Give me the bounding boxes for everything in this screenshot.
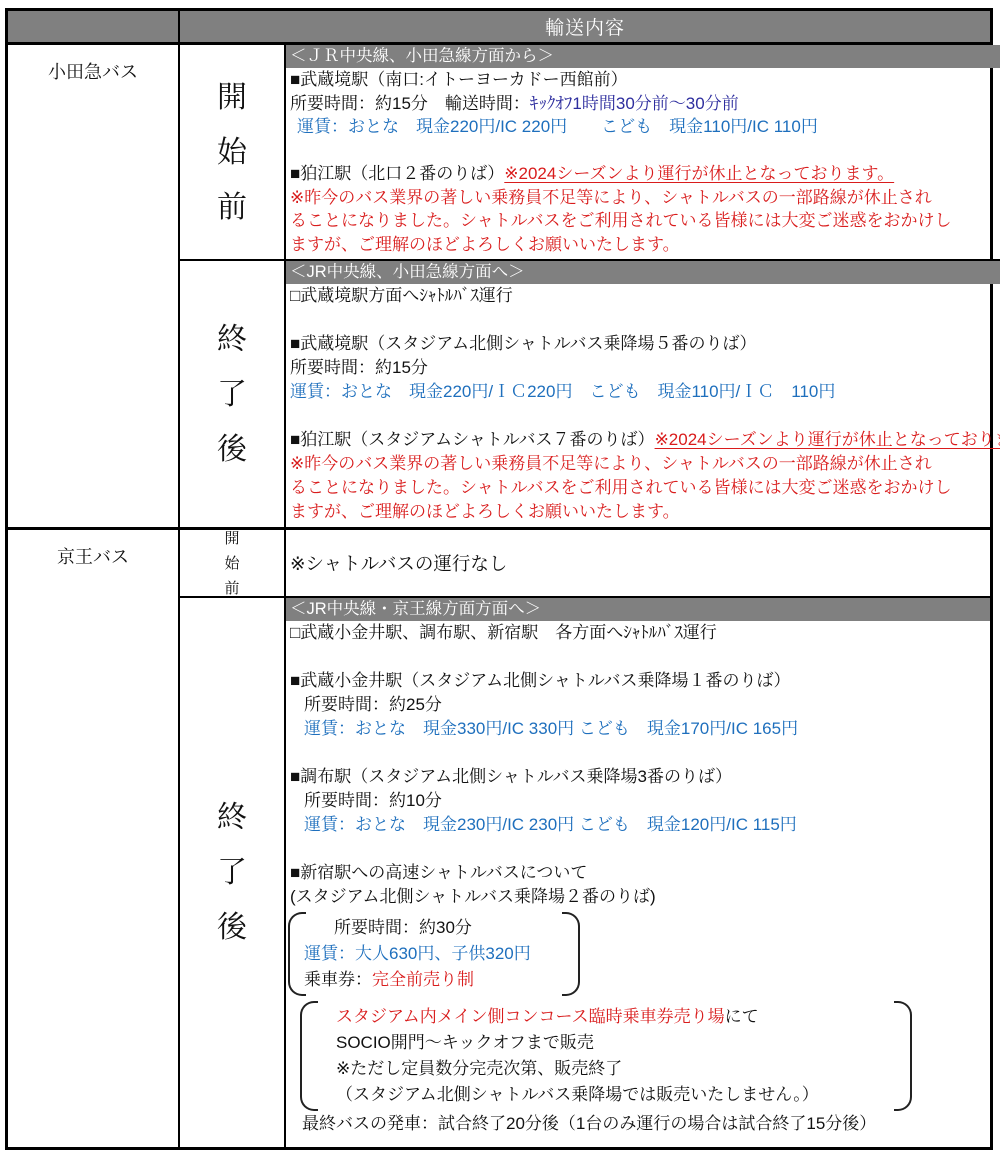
bracket-box-shinjuku-fare: 所要時間：約30分運賃：大人630円、子供320円乗車券：完全前売り制	[288, 912, 580, 996]
text-line: ■武蔵小金井駅（スタジアム北側シャトルバス乗降場１番のりば）	[286, 669, 990, 693]
phase-label-cell: 終了後	[180, 261, 286, 527]
text-line: 所要時間：約25分	[286, 693, 990, 717]
text-line	[286, 645, 990, 669]
text-segment: ■新宿駅への高速シャトルバスについて	[290, 863, 587, 882]
content-lines: □武蔵境駅方面へｼｬﾄﾙﾊﾞｽ運行 ■武蔵境駅（スタジアム北側シャトルバス乗降場…	[286, 284, 1000, 524]
company-cell-keio: 京王バス	[8, 530, 180, 1147]
phase-label-after: 終了後	[216, 790, 248, 955]
text-segment: 所要時間：約15分	[290, 358, 428, 377]
text-segment: ■調布駅（スタジアム北側シャトルバス乗降場3番のりば）	[290, 767, 732, 786]
section-header-to-chuo-keio: ＜JR中央線・京王線方面方面へ＞	[286, 598, 990, 621]
text-segment: 運賃：おとな 現金220円/IC 220円 こども 現金110円/IC 110円	[297, 117, 818, 136]
text-segment: 所要時間：約15分 輸送時間：	[290, 94, 530, 113]
text-line: ■新宿駅への高速シャトルバスについて	[286, 861, 990, 885]
text-segment: （スタジアム北側シャトルバス乗降場では販売いたしません。）	[336, 1085, 819, 1104]
text-segment: 運賃：大人630円、子供320円	[304, 944, 531, 963]
text-segment: ■武蔵小金井駅（スタジアム北側シャトルバス乗降場１番のりば）	[290, 671, 791, 690]
section-header-from-chuo-odakyu: ＜ＪＲ中央線、小田急線方面から＞	[286, 45, 1000, 68]
text-line: 運賃：おとな 現金220円/ＩＣ220円 こども 現金110円/ＩＣ 110円	[286, 380, 1000, 404]
bracket-box-ticket-sales: スタジアム内メイン側コンコース臨時乗車券売り場にてSOCIO開門～キックオフまで…	[300, 1001, 912, 1111]
phase-label-cell: 終了後	[180, 598, 286, 1147]
company-row-odakyu: 小田急バス 開始前 ＜ＪＲ中央線、小田急線方面から＞ ■武蔵境駅（南口:イトーヨ…	[8, 45, 990, 530]
header-empty-cell	[8, 11, 180, 42]
transport-table: 輸送内容 小田急バス 開始前 ＜ＪＲ中央線、小田急線方面から＞ ■武蔵境駅（南口…	[5, 8, 993, 1150]
text-line: (スタジアム北側シャトルバス乗降場２番のりば)	[286, 885, 990, 909]
text-line: ることになりました。シャトルバスをご利用されている皆様には大変ご迷惑をおかけし	[286, 476, 1000, 500]
content-cell-odakyu-after: ＜JR中央線、小田急線方面へ＞ □武蔵境駅方面へｼｬﾄﾙﾊﾞｽ運行 ■武蔵境駅（…	[286, 261, 1000, 527]
text-segment: (スタジアム北側シャトルバス乗降場２番のりば)	[290, 887, 656, 906]
table-title: 輸送内容	[180, 11, 990, 42]
phase-label-before: 開始前	[216, 70, 248, 235]
text-segment: ■狛江駅（北口２番のりば）	[290, 164, 504, 183]
text-line	[286, 139, 1000, 163]
text-segment: ることになりました。シャトルバスをご利用されている皆様には大変ご迷惑をおかけし	[290, 211, 951, 230]
text-line: ※昨今のバス業界の著しい乗務員不足等により、シャトルバスの一部路線が休止され	[286, 186, 1000, 210]
table-header-row: 輸送内容	[8, 11, 990, 45]
phase-label-after: 終了後	[216, 312, 248, 477]
text-segment: ｷｯｸｵﾌ1時間30分前～30分前	[530, 94, 739, 113]
content-lines: ※シャトルバスの運行なし	[286, 550, 507, 576]
phase-label-cell: 開始前	[180, 45, 286, 259]
text-line: SOCIO開門～キックオフまで販売	[300, 1030, 912, 1056]
text-line: 所要時間：約10分	[286, 789, 990, 813]
text-line: 運賃：おとな 現金220円/IC 220円 こども 現金110円/IC 110円	[286, 115, 1000, 139]
text-line: ■狛江駅（スタジアムシャトルバス７番のりば）※2024シーズンより運行が休止とな…	[286, 428, 1000, 452]
text-line: ※シャトルバスの運行なし	[286, 550, 507, 576]
content-cell-keio-before: ※シャトルバスの運行なし	[286, 530, 990, 596]
text-segment: 運賃：おとな 現金230円/IC 230円 こども 現金120円/IC 115円	[304, 815, 797, 834]
company-name-keio: 京王バス	[8, 530, 178, 569]
text-segment: 所要時間：約25分	[304, 695, 442, 714]
text-segment: 運賃：おとな 現金330円/IC 330円 こども 現金170円/IC 165円	[304, 719, 798, 738]
content-lines: □武蔵小金井駅、調布駅、新宿駅 各方面へｼｬﾄﾙﾊﾞｽ運行 ■武蔵小金井駅（スタ…	[286, 621, 990, 909]
text-segment: ※昨今のバス業界の著しい乗務員不足等により、シャトルバスの一部路線が休止され	[290, 454, 932, 473]
text-segment: にて	[725, 1007, 759, 1026]
text-line: 乗車券：完全前売り制	[288, 967, 580, 993]
content-cell-odakyu-before: ＜ＪＲ中央線、小田急線方面から＞ ■武蔵境駅（南口:イトーヨーカドー西館前）所要…	[286, 45, 1000, 259]
phase-row-keio-before: 開始前 ※シャトルバスの運行なし	[180, 530, 990, 598]
text-line: 運賃：おとな 現金330円/IC 330円 こども 現金170円/IC 165円	[286, 717, 990, 741]
text-segment: 運賃：おとな 現金220円/ＩＣ220円 こども 現金110円/ＩＣ 110円	[290, 382, 835, 401]
text-segment: ※ただし定員数分完売次第、販売終了	[336, 1059, 622, 1078]
text-line: ※昨今のバス業界の著しい乗務員不足等により、シャトルバスの一部路線が休止され	[286, 452, 1000, 476]
text-line: ることになりました。シャトルバスをご利用されている皆様には大変ご迷惑をおかけし	[286, 209, 1000, 233]
text-line: 所要時間：約15分 輸送時間：ｷｯｸｵﾌ1時間30分前～30分前	[286, 92, 1000, 116]
text-segment: ■武蔵境駅（スタジアム北側シャトルバス乗降場５番のりば）	[290, 334, 757, 353]
section-header-to-chuo-odakyu: ＜JR中央線、小田急線方面へ＞	[286, 261, 1000, 284]
content-lines: ■武蔵境駅（南口:イトーヨーカドー西館前）所要時間：約15分 輸送時間：ｷｯｸｵ…	[286, 68, 1000, 256]
content-cell-keio-after: ＜JR中央線・京王線方面方面へ＞ □武蔵小金井駅、調布駅、新宿駅 各方面へｼｬﾄ…	[286, 598, 990, 1147]
text-line: ■武蔵境駅（スタジアム北側シャトルバス乗降場５番のりば）	[286, 332, 1000, 356]
text-line	[286, 404, 1000, 428]
text-segment: ることになりました。シャトルバスをご利用されている皆様には大変ご迷惑をおかけし	[290, 478, 951, 497]
text-line	[286, 837, 990, 861]
text-segment: 最終バスの発車：試合終了20分後（1台のみ運行の場合は試合終了15分後）	[302, 1114, 876, 1133]
last-bus-note: 最終バスの発車：試合終了20分後（1台のみ運行の場合は試合終了15分後）	[286, 1111, 990, 1137]
text-line: 最終バスの発車：試合終了20分後（1台のみ運行の場合は試合終了15分後）	[286, 1111, 990, 1137]
bracket-lines: 所要時間：約30分運賃：大人630円、子供320円乗車券：完全前売り制	[288, 915, 580, 993]
company-name-odakyu: 小田急バス	[8, 45, 178, 84]
text-segment: 所要時間：約30分	[334, 918, 472, 937]
company-row-keio: 京王バス 開始前 ※シャトルバスの運行なし 終了後 ＜JR中央線・京王線方面方面…	[8, 530, 990, 1147]
text-segment: 乗車券：	[304, 970, 372, 989]
text-segment: ますが、ご理解のほどよろしくお願いいたします。	[290, 235, 680, 254]
text-line: ※ただし定員数分完売次第、販売終了	[300, 1056, 912, 1082]
text-segment: □武蔵小金井駅、調布駅、新宿駅 各方面へｼｬﾄﾙﾊﾞｽ運行	[290, 623, 717, 642]
text-line: □武蔵境駅方面へｼｬﾄﾙﾊﾞｽ運行	[286, 284, 1000, 308]
text-line: ■狛江駅（北口２番のりば）※2024シーズンより運行が休止となっております。	[286, 162, 1000, 186]
text-segment: ※2024シーズンより運行が休止となっております	[655, 430, 1000, 449]
text-line: 所要時間：約30分	[288, 915, 580, 941]
text-segment: スタジアム内メイン側コンコース臨時乗車券売り場	[336, 1007, 725, 1026]
text-line: ■調布駅（スタジアム北側シャトルバス乗降場3番のりば）	[286, 765, 990, 789]
text-segment: ※2024シーズンより運行が休止となっております。	[504, 164, 894, 183]
text-line	[286, 308, 1000, 332]
phase-label-cell: 開始前	[180, 530, 286, 596]
text-segment: ■武蔵境駅（南口:イトーヨーカドー西館前）	[290, 70, 628, 89]
text-line: 運賃：おとな 現金230円/IC 230円 こども 現金120円/IC 115円	[286, 813, 990, 837]
text-segment: □武蔵境駅方面へｼｬﾄﾙﾊﾞｽ運行	[290, 286, 513, 305]
phase-row-odakyu-after: 終了後 ＜JR中央線、小田急線方面へ＞ □武蔵境駅方面へｼｬﾄﾙﾊﾞｽ運行 ■武…	[180, 261, 1000, 527]
text-line: 運賃：大人630円、子供320円	[288, 941, 580, 967]
text-segment: SOCIO開門～キックオフまで販売	[336, 1033, 594, 1052]
text-segment: 完全前売り制	[372, 970, 474, 989]
text-line: ますが、ご理解のほどよろしくお願いいたします。	[286, 233, 1000, 257]
text-line: □武蔵小金井駅、調布駅、新宿駅 各方面へｼｬﾄﾙﾊﾞｽ運行	[286, 621, 990, 645]
bracket-lines: スタジアム内メイン側コンコース臨時乗車券売り場にてSOCIO開門～キックオフまで…	[300, 1004, 912, 1108]
text-line: ますが、ご理解のほどよろしくお願いいたします。	[286, 500, 1000, 524]
text-segment: ※シャトルバスの運行なし	[290, 553, 507, 574]
text-line: （スタジアム北側シャトルバス乗降場では販売いたしません。）	[300, 1082, 912, 1108]
phase-label-before: 開始前	[224, 526, 240, 601]
company-cell-odakyu: 小田急バス	[8, 45, 180, 527]
text-line: 所要時間：約15分	[286, 356, 1000, 380]
text-line: ■武蔵境駅（南口:イトーヨーカドー西館前）	[286, 68, 1000, 92]
phase-row-odakyu-before: 開始前 ＜ＪＲ中央線、小田急線方面から＞ ■武蔵境駅（南口:イトーヨーカドー西館…	[180, 45, 1000, 261]
text-segment: ますが、ご理解のほどよろしくお願いいたします。	[290, 502, 680, 521]
phase-row-keio-after: 終了後 ＜JR中央線・京王線方面方面へ＞ □武蔵小金井駅、調布駅、新宿駅 各方面…	[180, 598, 990, 1147]
text-segment: ※昨今のバス業界の著しい乗務員不足等により、シャトルバスの一部路線が休止され	[290, 188, 932, 207]
text-segment: ■狛江駅（スタジアムシャトルバス７番のりば）	[290, 430, 655, 449]
text-segment: 所要時間：約10分	[304, 791, 442, 810]
text-line	[286, 741, 990, 765]
text-line: スタジアム内メイン側コンコース臨時乗車券売り場にて	[300, 1004, 912, 1030]
